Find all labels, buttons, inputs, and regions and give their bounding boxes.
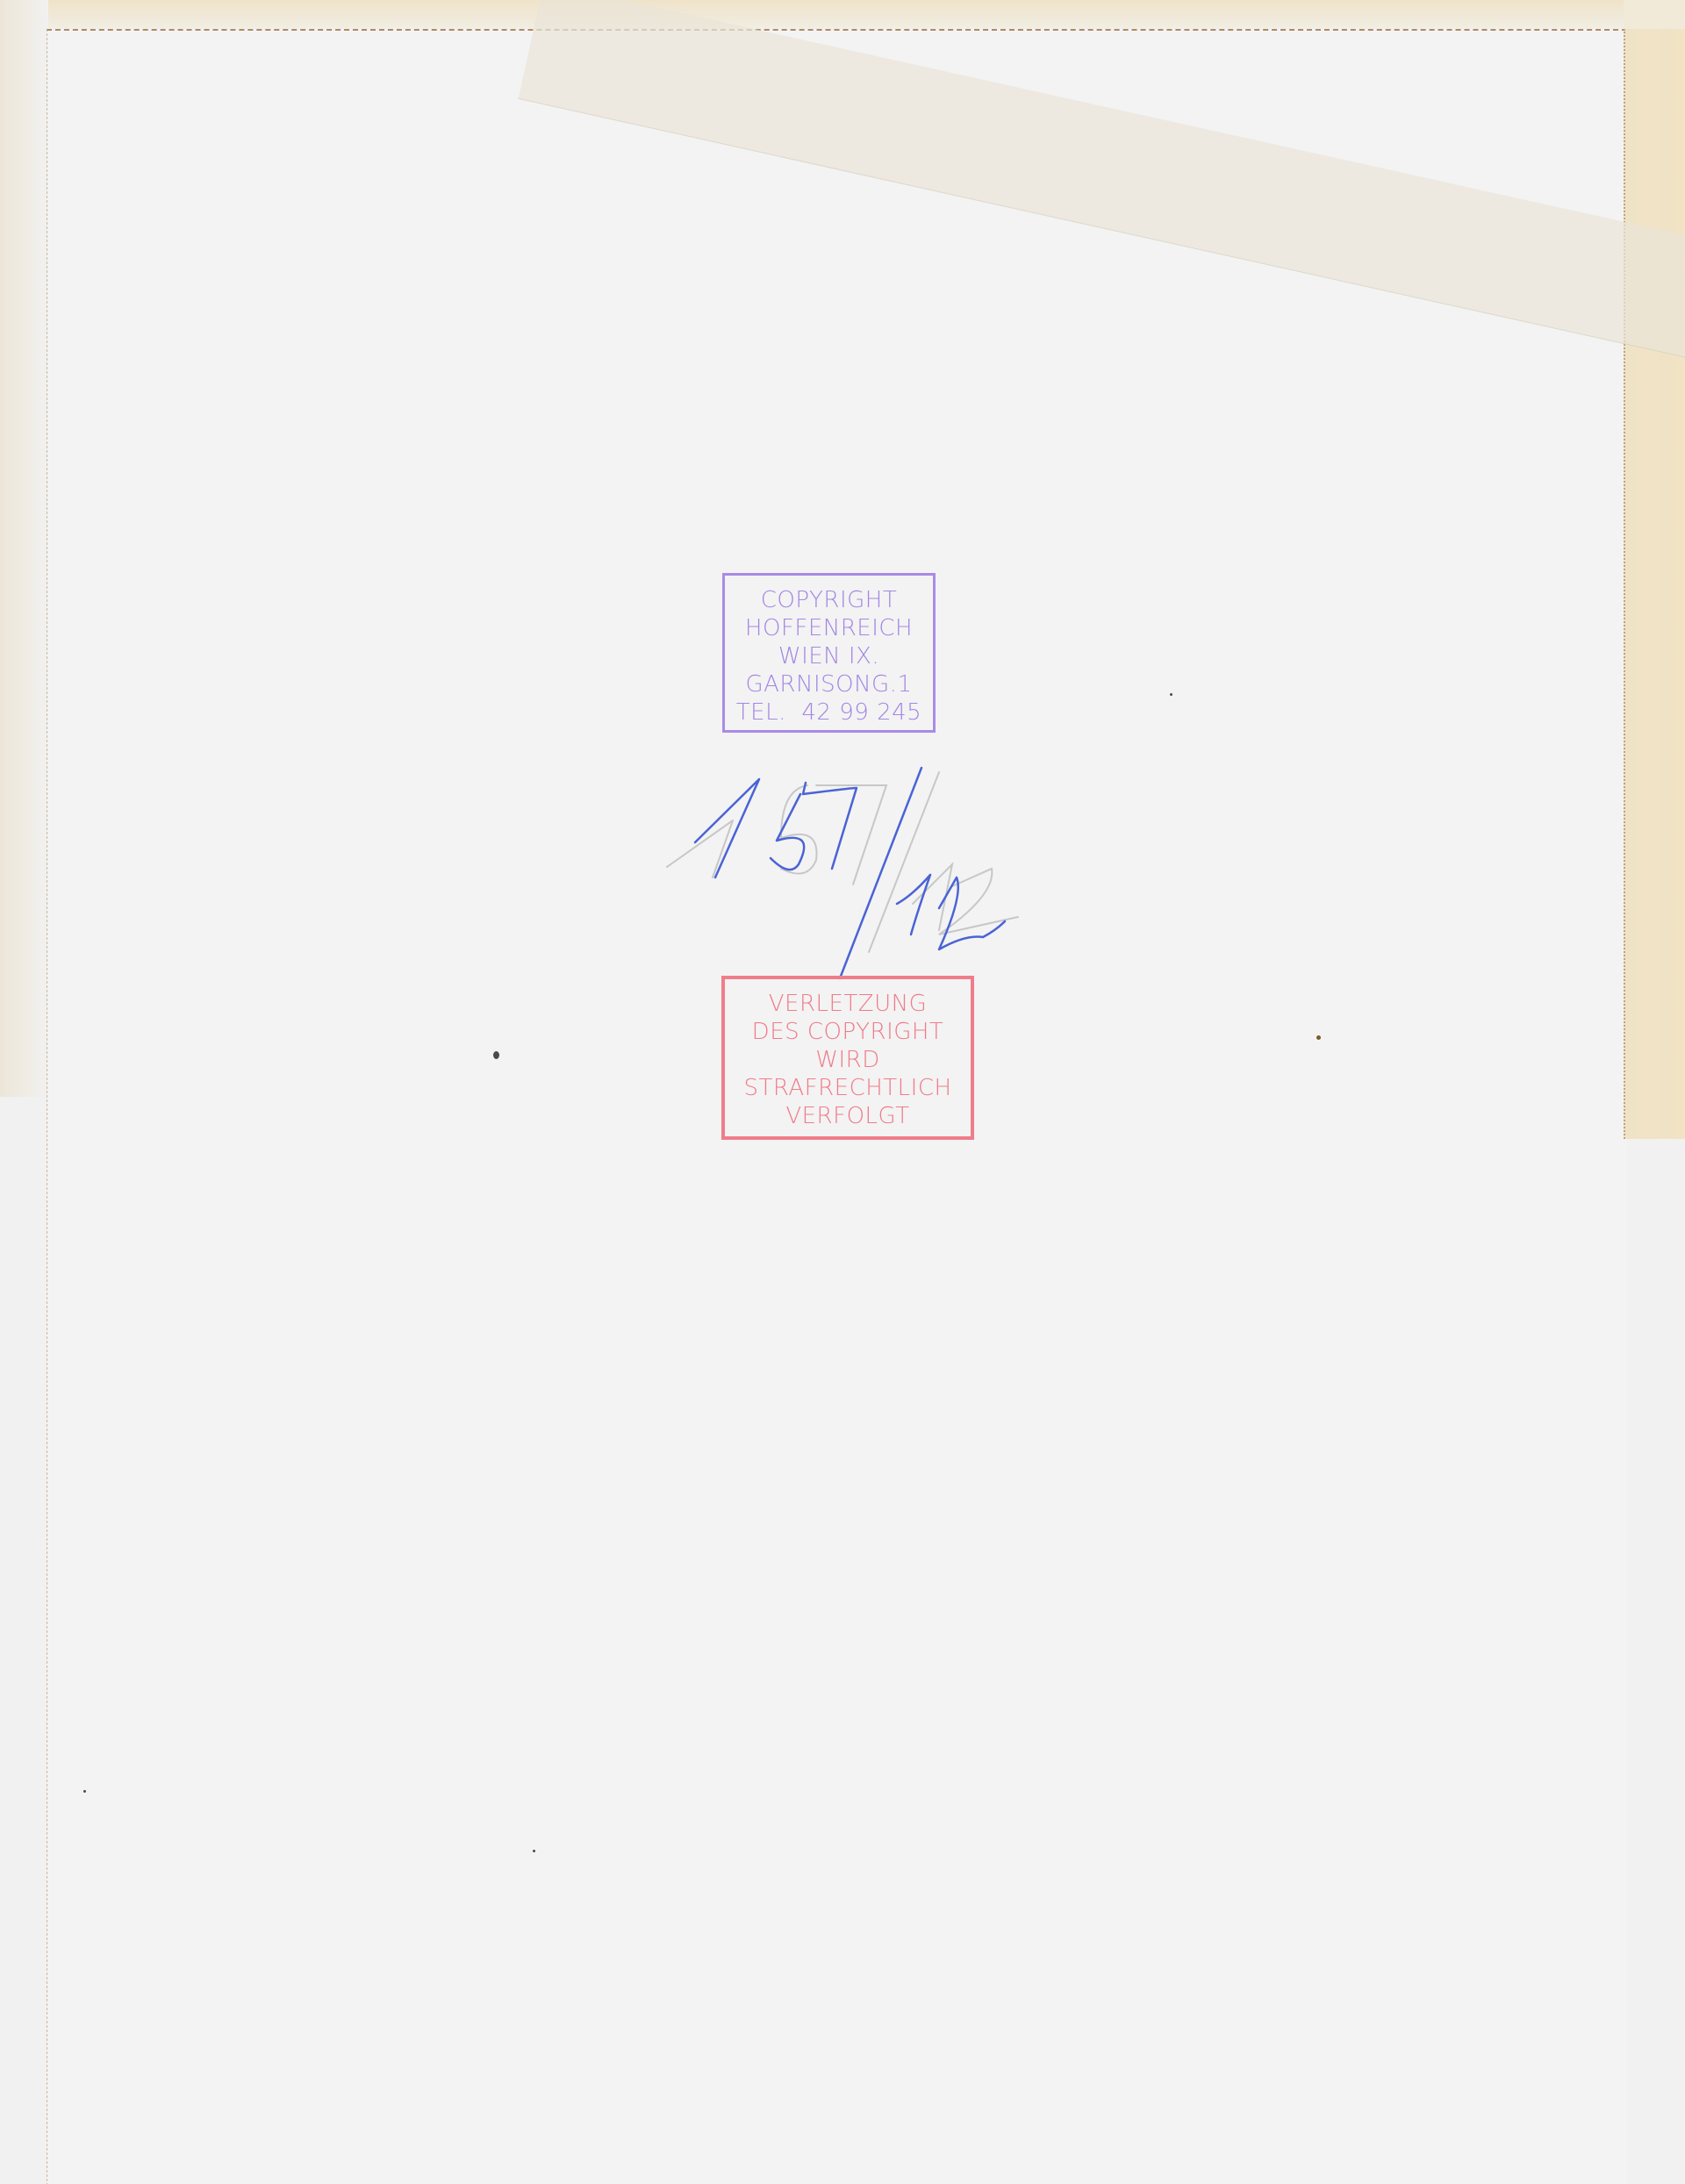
tape-strip-right (1624, 29, 1685, 1139)
handwritten-inventory-number: 157/112 (649, 755, 1036, 983)
stamp-line: WIEN IX. (725, 642, 933, 670)
stamp-line: WIRD (725, 1046, 971, 1074)
copyright-warning-stamp: VERLETZUNG DES COPYRIGHT WIRD STRAFRECHT… (721, 976, 974, 1140)
dust-speck (83, 1790, 86, 1793)
stamp-line: VERFOLGT (725, 1102, 971, 1130)
stamp-line: DES COPYRIGHT (725, 1018, 971, 1046)
stamp-line: STRAFRECHTLICH (725, 1074, 971, 1102)
dust-speck (533, 1850, 535, 1852)
dust-speck (493, 1051, 499, 1059)
stamp-line: TEL. 42 99 245 (725, 698, 933, 727)
stamp-line: COPYRIGHT (725, 586, 933, 614)
copyright-stamp: COPYRIGHT HOFFENREICH WIEN IX. GARNISONG… (722, 573, 936, 733)
stamp-line: HOFFENREICH (725, 614, 933, 642)
stamp-line: GARNISONG.1 (725, 670, 933, 698)
paper-top-edge (0, 0, 1685, 32)
paper-left-edge (0, 0, 48, 1097)
stamp-line: VERLETZUNG (725, 990, 971, 1018)
dust-speck (1170, 693, 1172, 696)
dust-speck (1316, 1035, 1321, 1040)
